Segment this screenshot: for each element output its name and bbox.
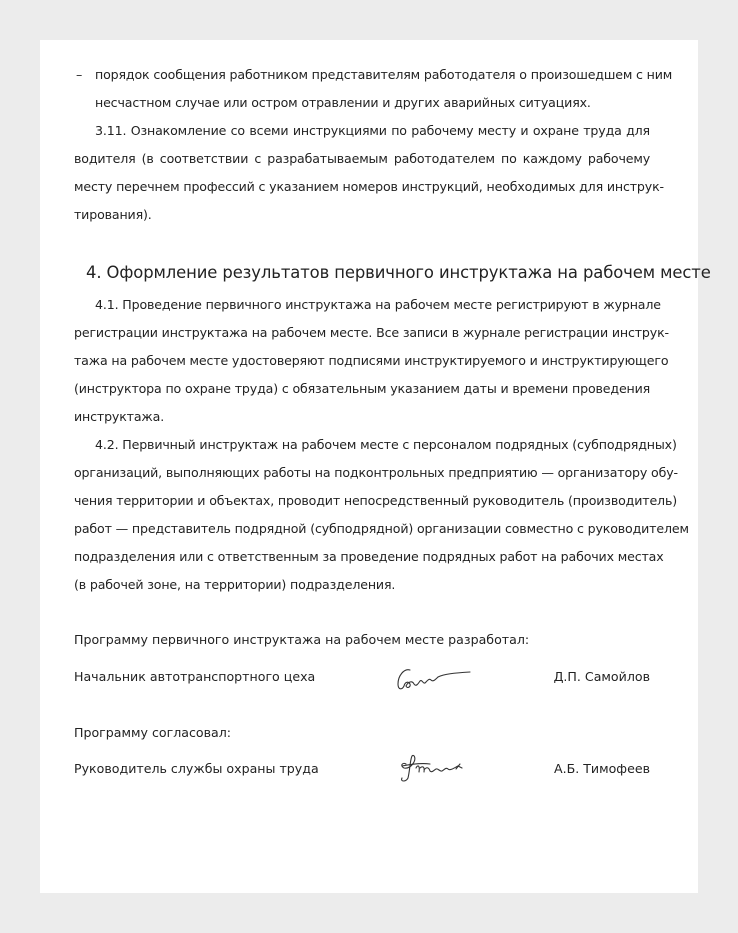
paragraph-4-2-line-6: (в рабочей зоне, на территории) подразде… bbox=[74, 571, 650, 599]
developer-position: Начальник автотранспортного цеха bbox=[74, 667, 315, 687]
paragraph-4-2-line-3: чения территории и объектах, проводит не… bbox=[74, 487, 650, 515]
paragraph-4-2-line-5: подразделения или с ответственным за про… bbox=[74, 543, 650, 571]
section-4-heading: 4. Оформление результатов первичного инс… bbox=[86, 259, 711, 287]
paragraph-4-2-line-4: работ — представитель подрядной (субподр… bbox=[74, 515, 650, 543]
paragraph-3-11-line-4: тирования). bbox=[74, 201, 650, 229]
paragraph-4-1-line-5: инструктажа. bbox=[74, 403, 650, 431]
paragraph-3-11-line-3: месту перечнем профессий с указанием ном… bbox=[74, 173, 650, 201]
bullet-dash: – bbox=[76, 61, 82, 89]
developed-caption: Программу первичного инструктажа на рабо… bbox=[74, 630, 529, 650]
paragraph-4-2-line-1: 4.2. Первичный инструктаж на рабочем мес… bbox=[95, 431, 650, 459]
bullet-line-1: порядок сообщения работником представите… bbox=[95, 61, 650, 89]
paragraph-4-2-line-2: организаций, выполняющих работы на подко… bbox=[74, 459, 650, 487]
approver-position: Руководитель службы охраны труда bbox=[74, 759, 319, 779]
approver-signature-icon bbox=[392, 746, 482, 792]
paragraph-4-1-line-3: тажа на рабочем месте удостоверяют подпи… bbox=[74, 347, 650, 375]
paragraph-4-1-line-1: 4.1. Проведение первичного инструктажа н… bbox=[95, 291, 650, 319]
paragraph-4-1-line-4: (инструктора по охране труда) с обязател… bbox=[74, 375, 650, 403]
developer-signature-icon bbox=[392, 662, 482, 700]
approver-name: А.Б. Тимофеев bbox=[554, 759, 650, 779]
approved-caption: Программу согласовал: bbox=[74, 723, 231, 743]
bullet-line-2: несчастном случае или остром отравлении … bbox=[95, 89, 650, 117]
paragraph-4-1-line-2: регистрации инструктажа на рабочем месте… bbox=[74, 319, 650, 347]
document-page: – порядок сообщения работником представи… bbox=[40, 40, 698, 893]
paragraph-3-11-line-1: 3.11. Ознакомление со всеми инструкциями… bbox=[95, 117, 650, 145]
developer-name: Д.П. Самойлов bbox=[554, 667, 650, 687]
paragraph-3-11-line-2: водителя (в соответствии с разрабатываем… bbox=[74, 145, 650, 173]
